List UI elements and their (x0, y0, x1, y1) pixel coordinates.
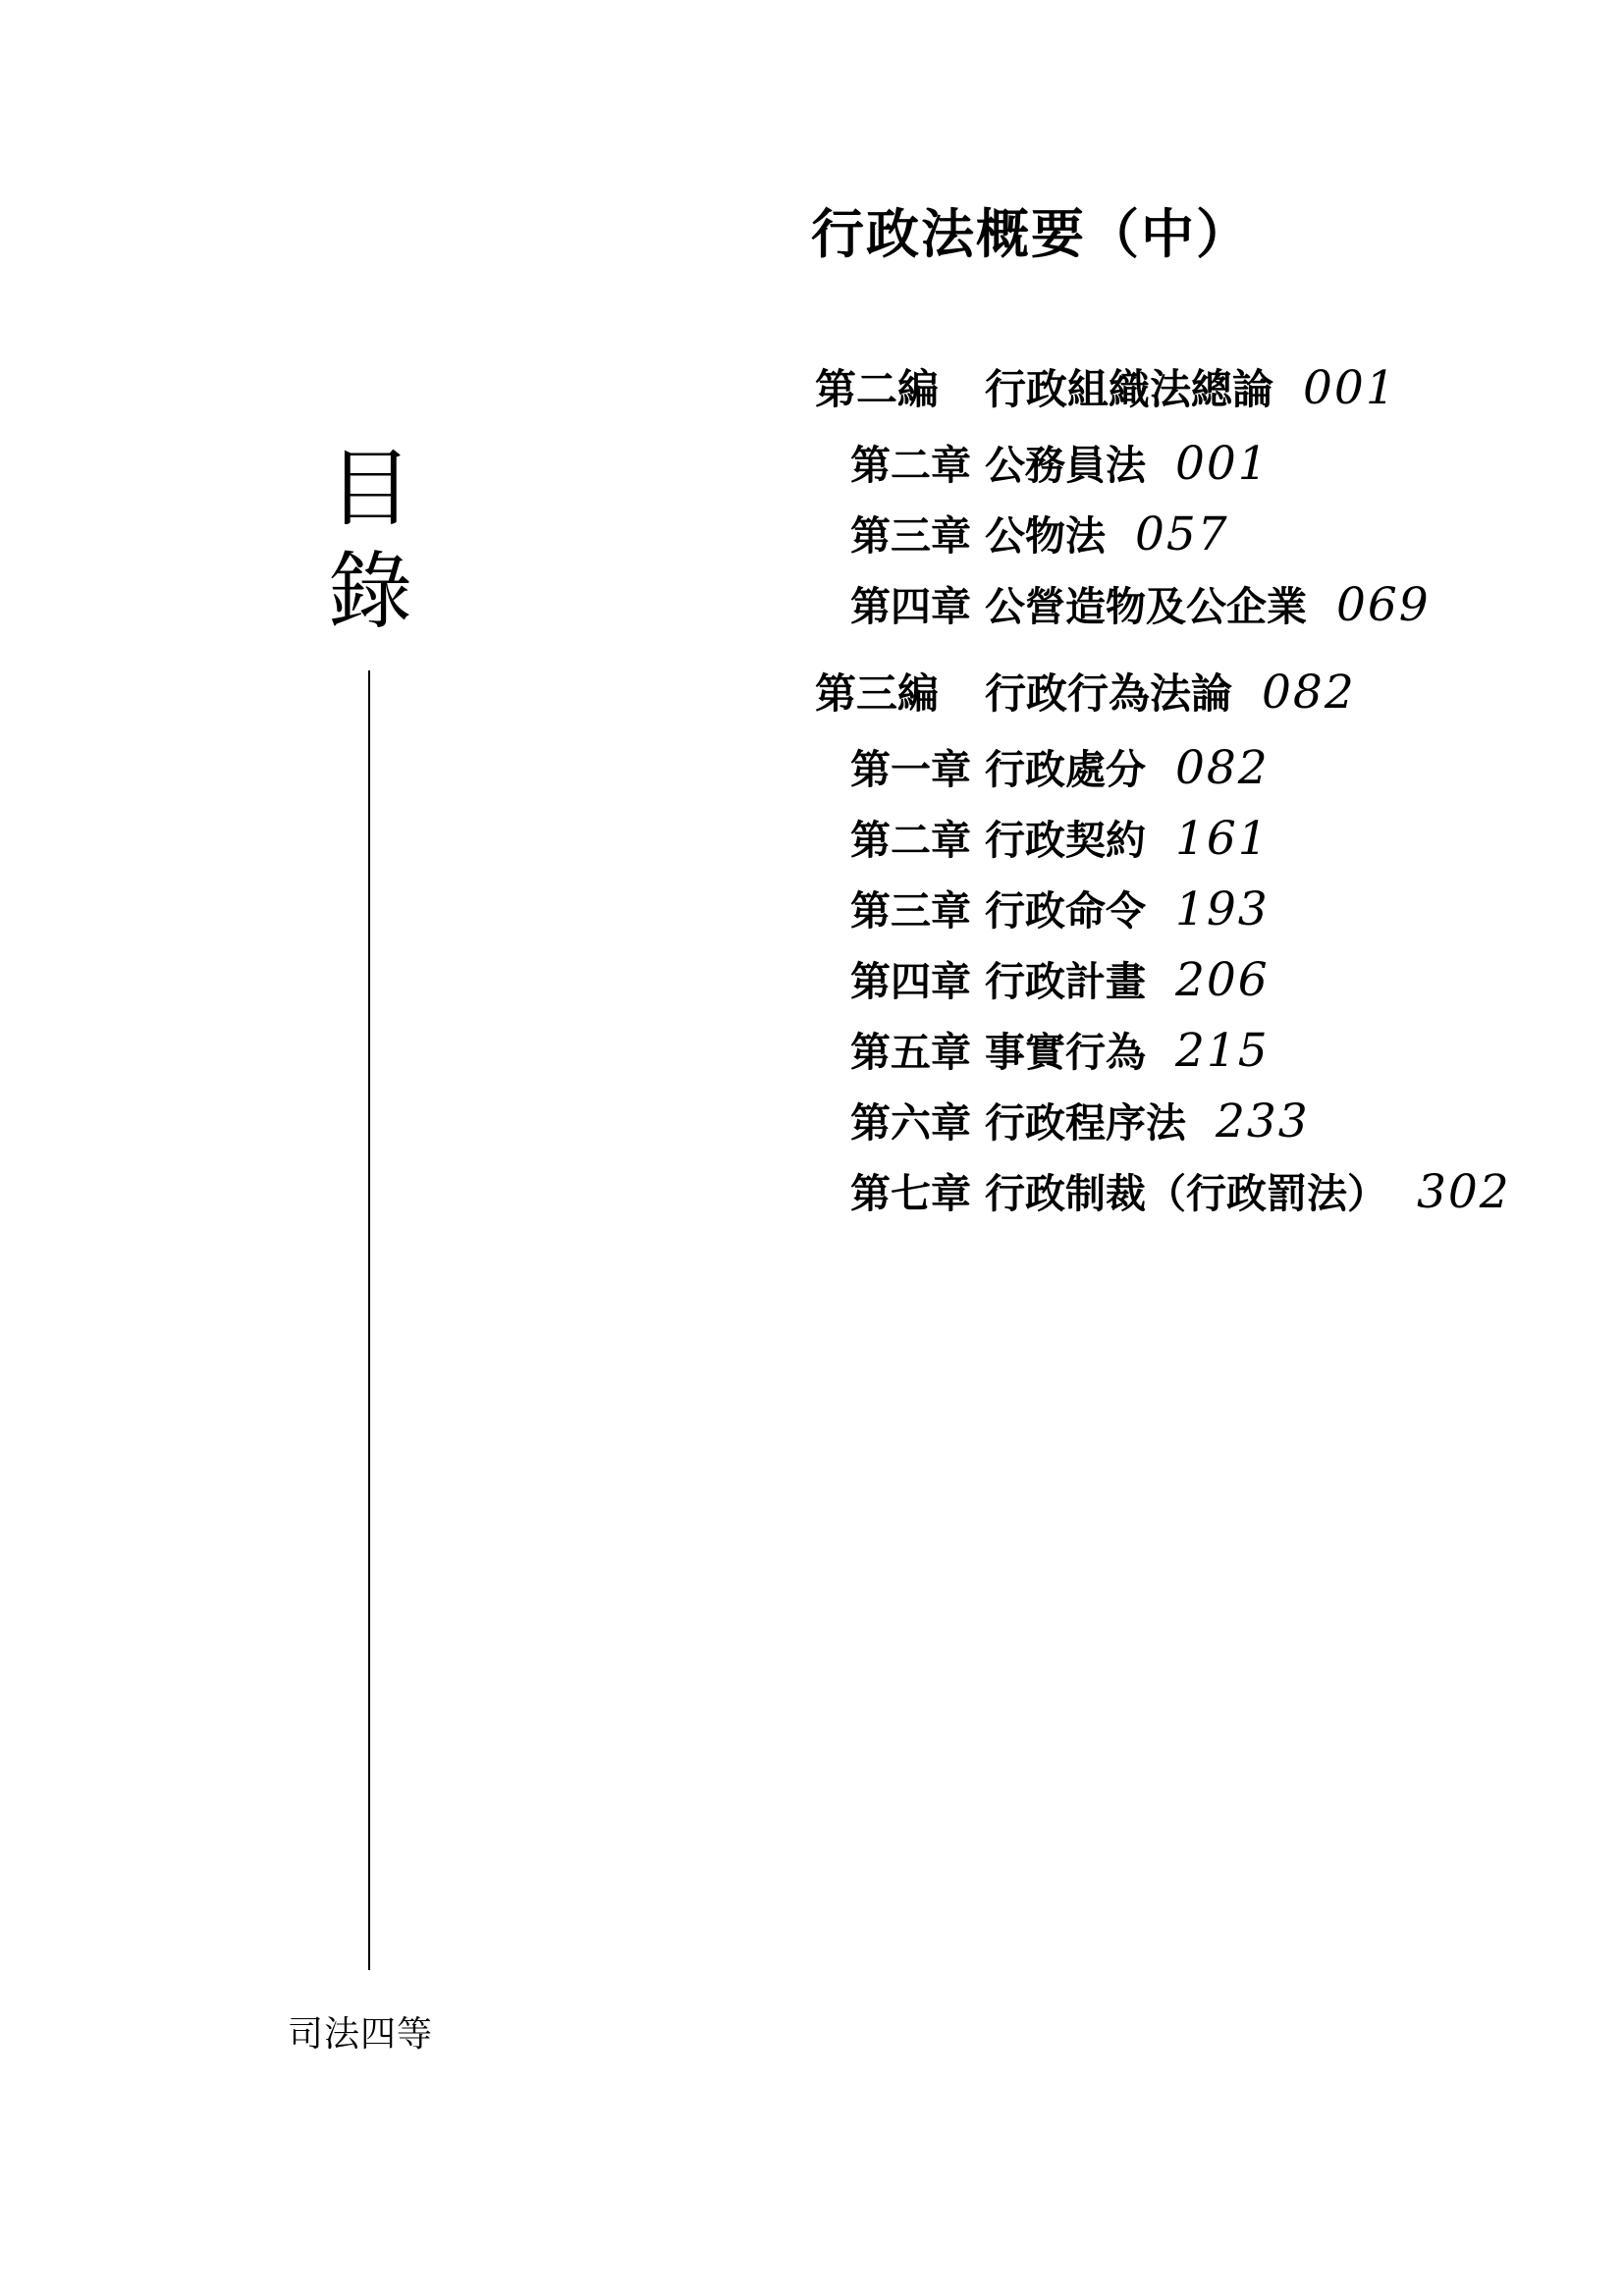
chapter-label: 第七章 (850, 1174, 985, 1214)
chapter-label: 第四章 (850, 962, 985, 1002)
vertical-rule (368, 670, 370, 1970)
toc-chapter-row: 第六章 行政程序法 233 (815, 1098, 1561, 1145)
chapter-title: 公務員法 (985, 446, 1146, 486)
page-number: 215 (1175, 1028, 1270, 1074)
chapter-title: 事實行為 (985, 1033, 1146, 1073)
chapter-label: 第一章 (850, 750, 985, 790)
page: { "colors": { "ink": "#000000", "backgro… (0, 0, 1624, 2296)
toc-chapter-row: 第二章 行政契約 161 (815, 816, 1561, 862)
footer-category-label: 司法四等 (288, 2006, 433, 2056)
toc-section-row: 第二編 行政組織法總論 001 (815, 365, 1561, 411)
chapter-title: 行政命令 (985, 891, 1146, 932)
section-title: 行政組織法總論 (985, 369, 1273, 410)
chapter-title: 公物法 (985, 516, 1106, 557)
toc-chapter-row: 第五章 事實行為 215 (815, 1028, 1561, 1074)
table-of-contents: 第二編 行政組織法總論 001 第二章 公務員法 001 第三章 公物法 057… (815, 365, 1561, 1240)
toc-chapter-row: 第二章 公務員法 001 (815, 441, 1561, 487)
page-number: 302 (1417, 1169, 1511, 1215)
toc-section-row: 第三編 行政行為法論 082 (815, 669, 1561, 716)
page-number: 001 (1175, 441, 1270, 487)
chapter-title: 行政計畫 (985, 962, 1146, 1002)
page-number: 001 (1303, 365, 1397, 411)
section-label: 第三編 (815, 673, 985, 715)
page-number: 082 (1262, 669, 1356, 716)
section-title: 行政行為法論 (985, 673, 1232, 715)
chapter-label: 第二章 (850, 821, 985, 861)
chapter-label: 第六章 (850, 1103, 985, 1144)
chapter-label: 第二章 (850, 446, 985, 486)
page-number: 206 (1175, 957, 1270, 1003)
toc-chapter-row: 第一章 行政處分 082 (815, 745, 1561, 791)
chapter-title: 行政處分 (985, 750, 1146, 790)
page-number: 082 (1175, 745, 1270, 791)
page-number: 069 (1336, 582, 1431, 628)
chapter-title: 公營造物及公企業 (985, 587, 1307, 627)
toc-chapter-row: 第四章 行政計畫 206 (815, 957, 1561, 1003)
chapter-label: 第四章 (850, 587, 985, 627)
chapter-title: 行政制裁（行政罰法） (985, 1174, 1387, 1214)
contents-vertical-title: 目錄 (324, 438, 416, 644)
toc-chapter-row: 第三章 公物法 057 (815, 511, 1561, 558)
page-number: 161 (1175, 816, 1270, 862)
toc-chapter-row: 第四章 公營造物及公企業 069 (815, 582, 1561, 628)
toc-chapter-row: 第三章 行政命令 193 (815, 886, 1561, 933)
chapter-label: 第三章 (850, 516, 985, 557)
chapter-title: 行政契約 (985, 821, 1146, 861)
chapter-label: 第五章 (850, 1033, 985, 1073)
page-number: 233 (1216, 1098, 1310, 1145)
chapter-label: 第三章 (850, 891, 985, 932)
page-number: 193 (1175, 886, 1270, 933)
section-label: 第二編 (815, 369, 985, 410)
toc-chapter-row: 第七章 行政制裁（行政罰法） 302 (815, 1169, 1561, 1215)
page-number: 057 (1135, 511, 1229, 558)
page-title: 行政法概要（中） (811, 206, 1251, 264)
chapter-title: 行政程序法 (985, 1103, 1186, 1144)
